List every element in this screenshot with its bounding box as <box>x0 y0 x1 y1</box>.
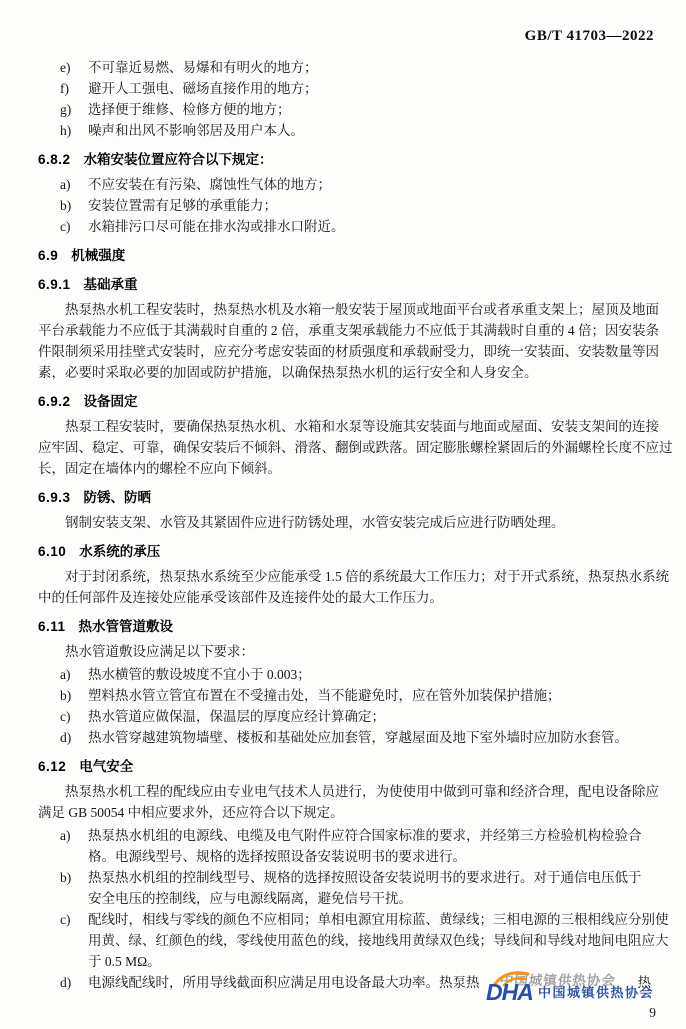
list-item: b)塑料热水管立管宜布置在不受撞击处，当不能避免时，应在管外加装保护措施； <box>38 685 656 706</box>
section-title: 基础承重 <box>84 277 138 292</box>
section-heading: 6.8.2水箱安装位置应符合以下规定： <box>38 149 656 170</box>
list-item: d)电源线配线时，所用导线截面积应满足用电设备最大功率。热泵热热 <box>38 972 656 993</box>
section-title: 设备固定 <box>84 394 138 409</box>
page-number: 9 <box>649 1005 656 1021</box>
paragraph-line: 钢制安装支架、水管及其紧固件应进行防锈处理，水管安装完成后应进行防晒处理。 <box>38 512 656 533</box>
section-number: 6.12 <box>38 759 66 774</box>
section-heading: 6.11热水管管道敷设 <box>38 616 656 637</box>
section-number: 6.11 <box>38 619 66 634</box>
paragraph: 对于封闭系统，热泵热水系统至少应能承受 1.5 倍的系统最大工作压力；对于开式系… <box>38 566 656 608</box>
list-item-label: a) <box>60 664 71 685</box>
section-title: 热水管管道敷设 <box>79 619 174 634</box>
list-item-line: 于 0.5 MΩ。 <box>88 951 656 972</box>
list-item-line: 配线时，相线与零线的颜色不应相同；单相电源宜用棕蓝、黄绿线；三相电源的三根相线应… <box>88 909 656 930</box>
list-item: c)热水管道应做保温，保温层的厚度应经计算确定； <box>38 706 656 727</box>
list-item-line: 热泵热水机组的控制线型号、规格的选择按照设备安装说明书的要求进行。对于通信电压低… <box>88 867 656 888</box>
list-item-label: d) <box>60 727 71 748</box>
list-item: g)选择便于维修、检修方便的地方； <box>38 99 656 120</box>
list-item-label: c) <box>60 216 71 237</box>
list-item-line: 热水横管的敷设坡度不宜小于 0.003； <box>88 664 656 685</box>
section-title: 水系统的承压 <box>79 544 160 559</box>
paragraph-line: 热泵工程安装时，要确保热泵热水机、水箱和水泵等设施其安装面与地面或屋面、安装支架… <box>38 416 656 437</box>
list-item-label: b) <box>60 195 71 216</box>
list-item: h)噪声和出风不影响邻居及用户本人。 <box>38 120 656 141</box>
list-item-line: 安装位置需有足够的承重能力； <box>88 195 656 216</box>
section-title: 水箱安装位置应符合以下规定： <box>84 152 273 167</box>
paragraph-line: 满足 GB 50054 中相应要求外，还应符合以下规定。 <box>38 802 656 823</box>
list-item-line-watermarked: 电源线配线时，所用导线截面积应满足用电设备最大功率。热泵热热 <box>88 972 656 993</box>
list-item-line: 选择便于维修、检修方便的地方； <box>88 99 656 120</box>
list-item-label: e) <box>60 57 71 78</box>
list-item-label: c) <box>60 706 71 727</box>
list-item: a)热水横管的敷设坡度不宜小于 0.003； <box>38 664 656 685</box>
list-item-line: 热泵热水机组的电源线、电缆及电气附件应符合国家标准的要求，并经第三方检验机构检验… <box>88 825 656 846</box>
list-item-label: b) <box>60 685 71 706</box>
section-number: 6.9.1 <box>38 277 71 292</box>
list-item-label: h) <box>60 120 71 141</box>
list-item: a)热泵热水机组的电源线、电缆及电气附件应符合国家标准的要求，并经第三方检验机构… <box>38 825 656 867</box>
paragraph: 热泵热水机工程安装时，热泵热水机及水箱一般安装于屋顶或地面平台或者承重支架上；屋… <box>38 299 656 383</box>
list-item: d)热水管穿越建筑物墙壁、楼板和基础处应加套管，穿越屋面及地下室外墙时应加防水套… <box>38 727 656 748</box>
section-heading: 6.9.2设备固定 <box>38 391 656 412</box>
list-item-line: 塑料热水管立管宜布置在不受撞击处，当不能避免时，应在管外加装保护措施； <box>88 685 656 706</box>
list-item: c)配线时，相线与零线的颜色不应相同；单相电源宜用棕蓝、黄绿线；三相电源的三根相… <box>38 909 656 972</box>
list-item-line: 不应安装在有污染、腐蚀性气体的地方； <box>88 174 656 195</box>
paragraph-line: 件限制须采用挂壁式安装时，应充分考虑安装面的材质强度和承载耐受力，即统一安装面、… <box>38 341 656 362</box>
paragraph-line: 热水管道敷设应满足以下要求： <box>38 641 656 662</box>
lettered-list: a)热水横管的敷设坡度不宜小于 0.003；b)塑料热水管立管宜布置在不受撞击处… <box>38 664 656 748</box>
list-item-line: 格。电源线型号、规格的选择按照设备安装说明书的要求进行。 <box>88 846 656 867</box>
paragraph-line: 中的任何部件及连接处应能承受该部件及连接件处的最大工作压力。 <box>38 587 656 608</box>
section-heading: 6.10水系统的承压 <box>38 541 656 562</box>
list-item-label: a) <box>60 825 71 846</box>
paragraph-line: 应牢固、稳定、可靠，确保安装后不倾斜、滑落、翻倒或跌落。固定膨胀螺栓紧固后的外漏… <box>38 437 656 458</box>
section-number: 6.8.2 <box>38 152 71 167</box>
list-item-label: f) <box>60 78 69 99</box>
list-item: c)水箱排污口尽可能在排水沟或排水口附近。 <box>38 216 656 237</box>
section-heading: 6.9.1基础承重 <box>38 274 656 295</box>
paragraph: 钢制安装支架、水管及其紧固件应进行防锈处理，水管安装完成后应进行防晒处理。 <box>38 512 656 533</box>
paragraph: 热水管道敷设应满足以下要求： <box>38 641 656 662</box>
list-item: e)不可靠近易燃、易爆和有明火的地方； <box>38 57 656 78</box>
section-title: 机械强度 <box>71 248 125 263</box>
paragraph-line: 长，固定在墙体内的螺栓不应向下倾斜。 <box>38 458 656 479</box>
list-item-line: 水箱排污口尽可能在排水沟或排水口附近。 <box>88 216 656 237</box>
visible-text-after-watermark: 热 <box>638 975 652 990</box>
lettered-list: e)不可靠近易燃、易爆和有明火的地方；f)避开人工强电、磁场直接作用的地方；g)… <box>38 57 656 141</box>
section-number: 6.9 <box>38 248 58 263</box>
paragraph-line: 平台承载能力不应低于其满载时自重的 2 倍，承重支架承载能力不应低于其满载时自重… <box>38 320 656 341</box>
list-item-line: 噪声和出风不影响邻居及用户本人。 <box>88 120 656 141</box>
paragraph-line: 对于封闭系统，热泵热水系统至少应能承受 1.5 倍的系统最大工作压力；对于开式系… <box>38 566 656 587</box>
lettered-list: a)热泵热水机组的电源线、电缆及电气附件应符合国家标准的要求，并经第三方检验机构… <box>38 825 656 993</box>
section-heading: 6.9机械强度 <box>38 245 656 266</box>
lettered-list: a)不应安装在有污染、腐蚀性气体的地方；b)安装位置需有足够的承重能力；c)水箱… <box>38 174 656 237</box>
list-item-label: c) <box>60 909 71 930</box>
paragraph: 热泵工程安装时，要确保热泵热水机、水箱和水泵等设施其安装面与地面或屋面、安装支架… <box>38 416 656 479</box>
list-item-line: 热水管道应做保温，保温层的厚度应经计算确定； <box>88 706 656 727</box>
list-item-line: 不可靠近易燃、易爆和有明火的地方； <box>88 57 656 78</box>
paragraph-line: 热泵热水机工程的配线应由专业电气技术人员进行，为使使用中做到可靠和经济合理，配电… <box>38 781 656 802</box>
section-heading: 6.9.3防锈、防晒 <box>38 487 656 508</box>
list-item-label: a) <box>60 174 71 195</box>
list-item-line: 安全电压的控制线，应与电源线隔离，避免信号干扰。 <box>88 888 656 909</box>
paragraph-line: 热泵热水机工程安装时，热泵热水机及水箱一般安装于屋顶或地面平台或者承重支架上；屋… <box>38 299 656 320</box>
list-item: b)安装位置需有足够的承重能力； <box>38 195 656 216</box>
paragraph: 热泵热水机工程的配线应由专业电气技术人员进行，为使使用中做到可靠和经济合理，配电… <box>38 781 656 823</box>
section-title: 防锈、防晒 <box>84 490 152 505</box>
list-item-line: 热水管穿越建筑物墙壁、楼板和基础处应加套管，穿越屋面及地下室外墙时应加防水套管。 <box>88 727 656 748</box>
section-number: 6.9.3 <box>38 490 71 505</box>
document-body: e)不可靠近易燃、易爆和有明火的地方；f)避开人工强电、磁场直接作用的地方；g)… <box>38 57 656 993</box>
section-number: 6.10 <box>38 544 66 559</box>
list-item-line: 避开人工强电、磁场直接作用的地方； <box>88 78 656 99</box>
document-number: GB/T 41703—2022 <box>525 28 654 45</box>
list-item: b)热泵热水机组的控制线型号、规格的选择按照设备安装说明书的要求进行。对于通信电… <box>38 867 656 909</box>
section-heading: 6.12电气安全 <box>38 756 656 777</box>
visible-text-before-watermark: 电源线配线时，所用导线截面积应满足用电设备最大功率。热泵热 <box>88 975 480 990</box>
list-item-label: b) <box>60 867 71 888</box>
list-item-label: g) <box>60 99 71 120</box>
list-item-label: d) <box>60 972 71 993</box>
section-title: 电气安全 <box>79 759 133 774</box>
list-item: a)不应安装在有污染、腐蚀性气体的地方； <box>38 174 656 195</box>
paragraph-line: 素，必要时采取必要的加固或防护措施，以确保热泵热水机的运行安全和人身安全。 <box>38 362 656 383</box>
list-item: f)避开人工强电、磁场直接作用的地方； <box>38 78 656 99</box>
list-item-line: 用黄、绿、红颜色的线，零线使用蓝色的线，接地线用黄绿双色线；导线间和导线对地间电… <box>88 930 656 951</box>
section-number: 6.9.2 <box>38 394 71 409</box>
